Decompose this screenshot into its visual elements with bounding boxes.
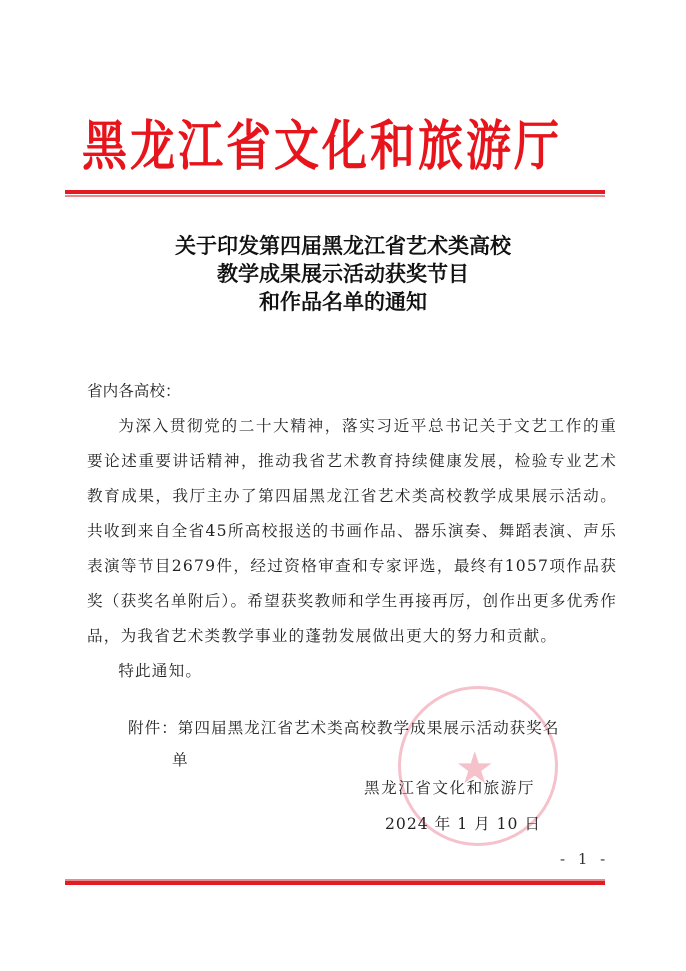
masthead-rule-thick <box>65 190 605 194</box>
issuer-signature: 黑龙江省文化和旅游厅 <box>364 776 535 798</box>
notice-title-line-2: 教学成果展示活动获奖节目 <box>0 260 686 288</box>
notice-title-line-1: 关于印发第四届黑龙江省艺术类高校 <box>0 232 686 260</box>
salutation: 省内各高校： <box>87 374 617 409</box>
notice-body: 省内各高校： 为深入贯彻党的二十大精神，落实习近平总书记关于文艺工作的重要论述重… <box>87 374 617 689</box>
attachment-text-continued: 单 <box>128 744 608 776</box>
closing-line: 特此通知。 <box>87 654 617 689</box>
attachment: 附件：第四届黑龙江省艺术类高校教学成果展示活动获奖名 单 <box>128 712 608 776</box>
masthead-title: 黑龙江省文化和旅游厅 <box>82 102 612 180</box>
issue-date: 2024 年 1 月 10 日 <box>385 812 541 834</box>
footer-rule-thick <box>65 881 605 885</box>
page-number: - 1 - <box>560 850 609 868</box>
notice-title: 关于印发第四届黑龙江省艺术类高校 教学成果展示活动获奖节目 和作品名单的通知 <box>0 232 686 316</box>
notice-title-line-3: 和作品名单的通知 <box>0 288 686 316</box>
document-page: 黑龙江省文化和旅游厅 关于印发第四届黑龙江省艺术类高校 教学成果展示活动获奖节目… <box>0 0 686 971</box>
attachment-text: 第四届黑龙江省艺术类高校教学成果展示活动获奖名 <box>178 719 560 737</box>
body-paragraph: 为深入贯彻党的二十大精神，落实习近平总书记关于文艺工作的重要论述重要讲话精神，推… <box>87 409 617 654</box>
masthead-rule-thin <box>65 195 605 197</box>
attachment-label: 附件： <box>128 719 178 737</box>
